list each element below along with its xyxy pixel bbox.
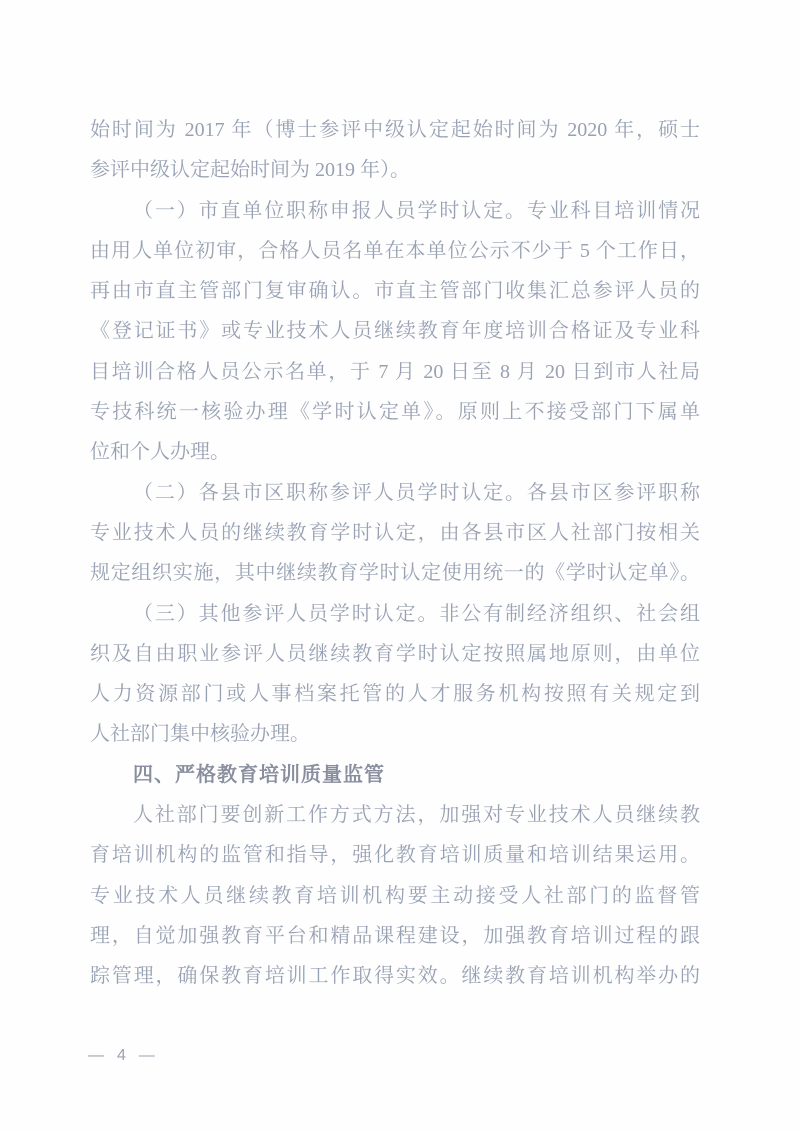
document-body: 始时间为 2017 年（博士参评中级认定起始时间为 2020 年，硕士 参评中级… bbox=[90, 110, 700, 997]
text-line-paragraph-start: 人社部门要创新工作方式方法，加强对专业技术人员继续教 bbox=[90, 795, 700, 835]
text-line-item-1-start: （一）市直单位职称申报人员学时认定。专业科目培训情况 bbox=[90, 191, 700, 231]
text-line: 专业技术人员继续教育培训机构要主动接受人社部门的监督管 bbox=[90, 876, 700, 916]
text-line: 专业技术人员的继续教育学时认定，由各县市区人社部门按相关 bbox=[90, 513, 700, 553]
text-line: 人力资源部门或人事档案托管的人才服务机构按照有关规定到 bbox=[90, 674, 700, 714]
text-line: 踪管理，确保教育培训工作取得实效。继续教育培训机构举办的 bbox=[90, 956, 700, 996]
text-line: 人社部门集中核验办理。 bbox=[90, 714, 700, 754]
page-number: 4 bbox=[117, 1046, 126, 1066]
text-line: 目培训合格人员公示名单，于 7 月 20 日至 8 月 20 日到市人社局 bbox=[90, 352, 700, 392]
text-line-item-3-start: （三）其他参评人员学时认定。非公有制经济组织、社会组 bbox=[90, 594, 700, 634]
text-line: 育培训机构的监管和指导，强化教育培训质量和培训结果运用。 bbox=[90, 835, 700, 875]
text-line: 参评中级认定起始时间为 2019 年）。 bbox=[90, 150, 700, 190]
text-line-item-2-start: （二）各县市区职称参评人员学时认定。各县市区参评职称 bbox=[90, 473, 700, 513]
page-footer: — 4 — bbox=[88, 1046, 155, 1066]
text-line: 织及自由职业参评人员继续教育学时认定按照属地原则，由单位 bbox=[90, 634, 700, 674]
footer-dash-left: — bbox=[88, 1046, 104, 1066]
text-line: 再由市直主管部门复审确认。市直主管部门收集汇总参评人员的 bbox=[90, 271, 700, 311]
text-line: 理，自觉加强教育平台和精品课程建设，加强教育培训过程的跟 bbox=[90, 916, 700, 956]
text-line: 专技科统一核验办理《学时认定单》。原则上不接受部门下属单 bbox=[90, 392, 700, 432]
text-line: 由用人单位初审，合格人员名单在本单位公示不少于 5 个工作日， bbox=[90, 231, 700, 271]
text-line: 《登记证书》或专业技术人员继续教育年度培训合格证及专业科 bbox=[90, 311, 700, 351]
section-heading: 四、严格教育培训质量监管 bbox=[90, 755, 700, 795]
text-line: 始时间为 2017 年（博士参评中级认定起始时间为 2020 年，硕士 bbox=[90, 110, 700, 150]
text-line: 规定组织实施，其中继续教育学时认定使用统一的《学时认定单》。 bbox=[90, 553, 700, 593]
document-page: 始时间为 2017 年（博士参评中级认定起始时间为 2020 年，硕士 参评中级… bbox=[0, 0, 800, 1131]
footer-dash-right: — bbox=[139, 1046, 155, 1066]
text-line: 位和个人办理。 bbox=[90, 432, 700, 472]
